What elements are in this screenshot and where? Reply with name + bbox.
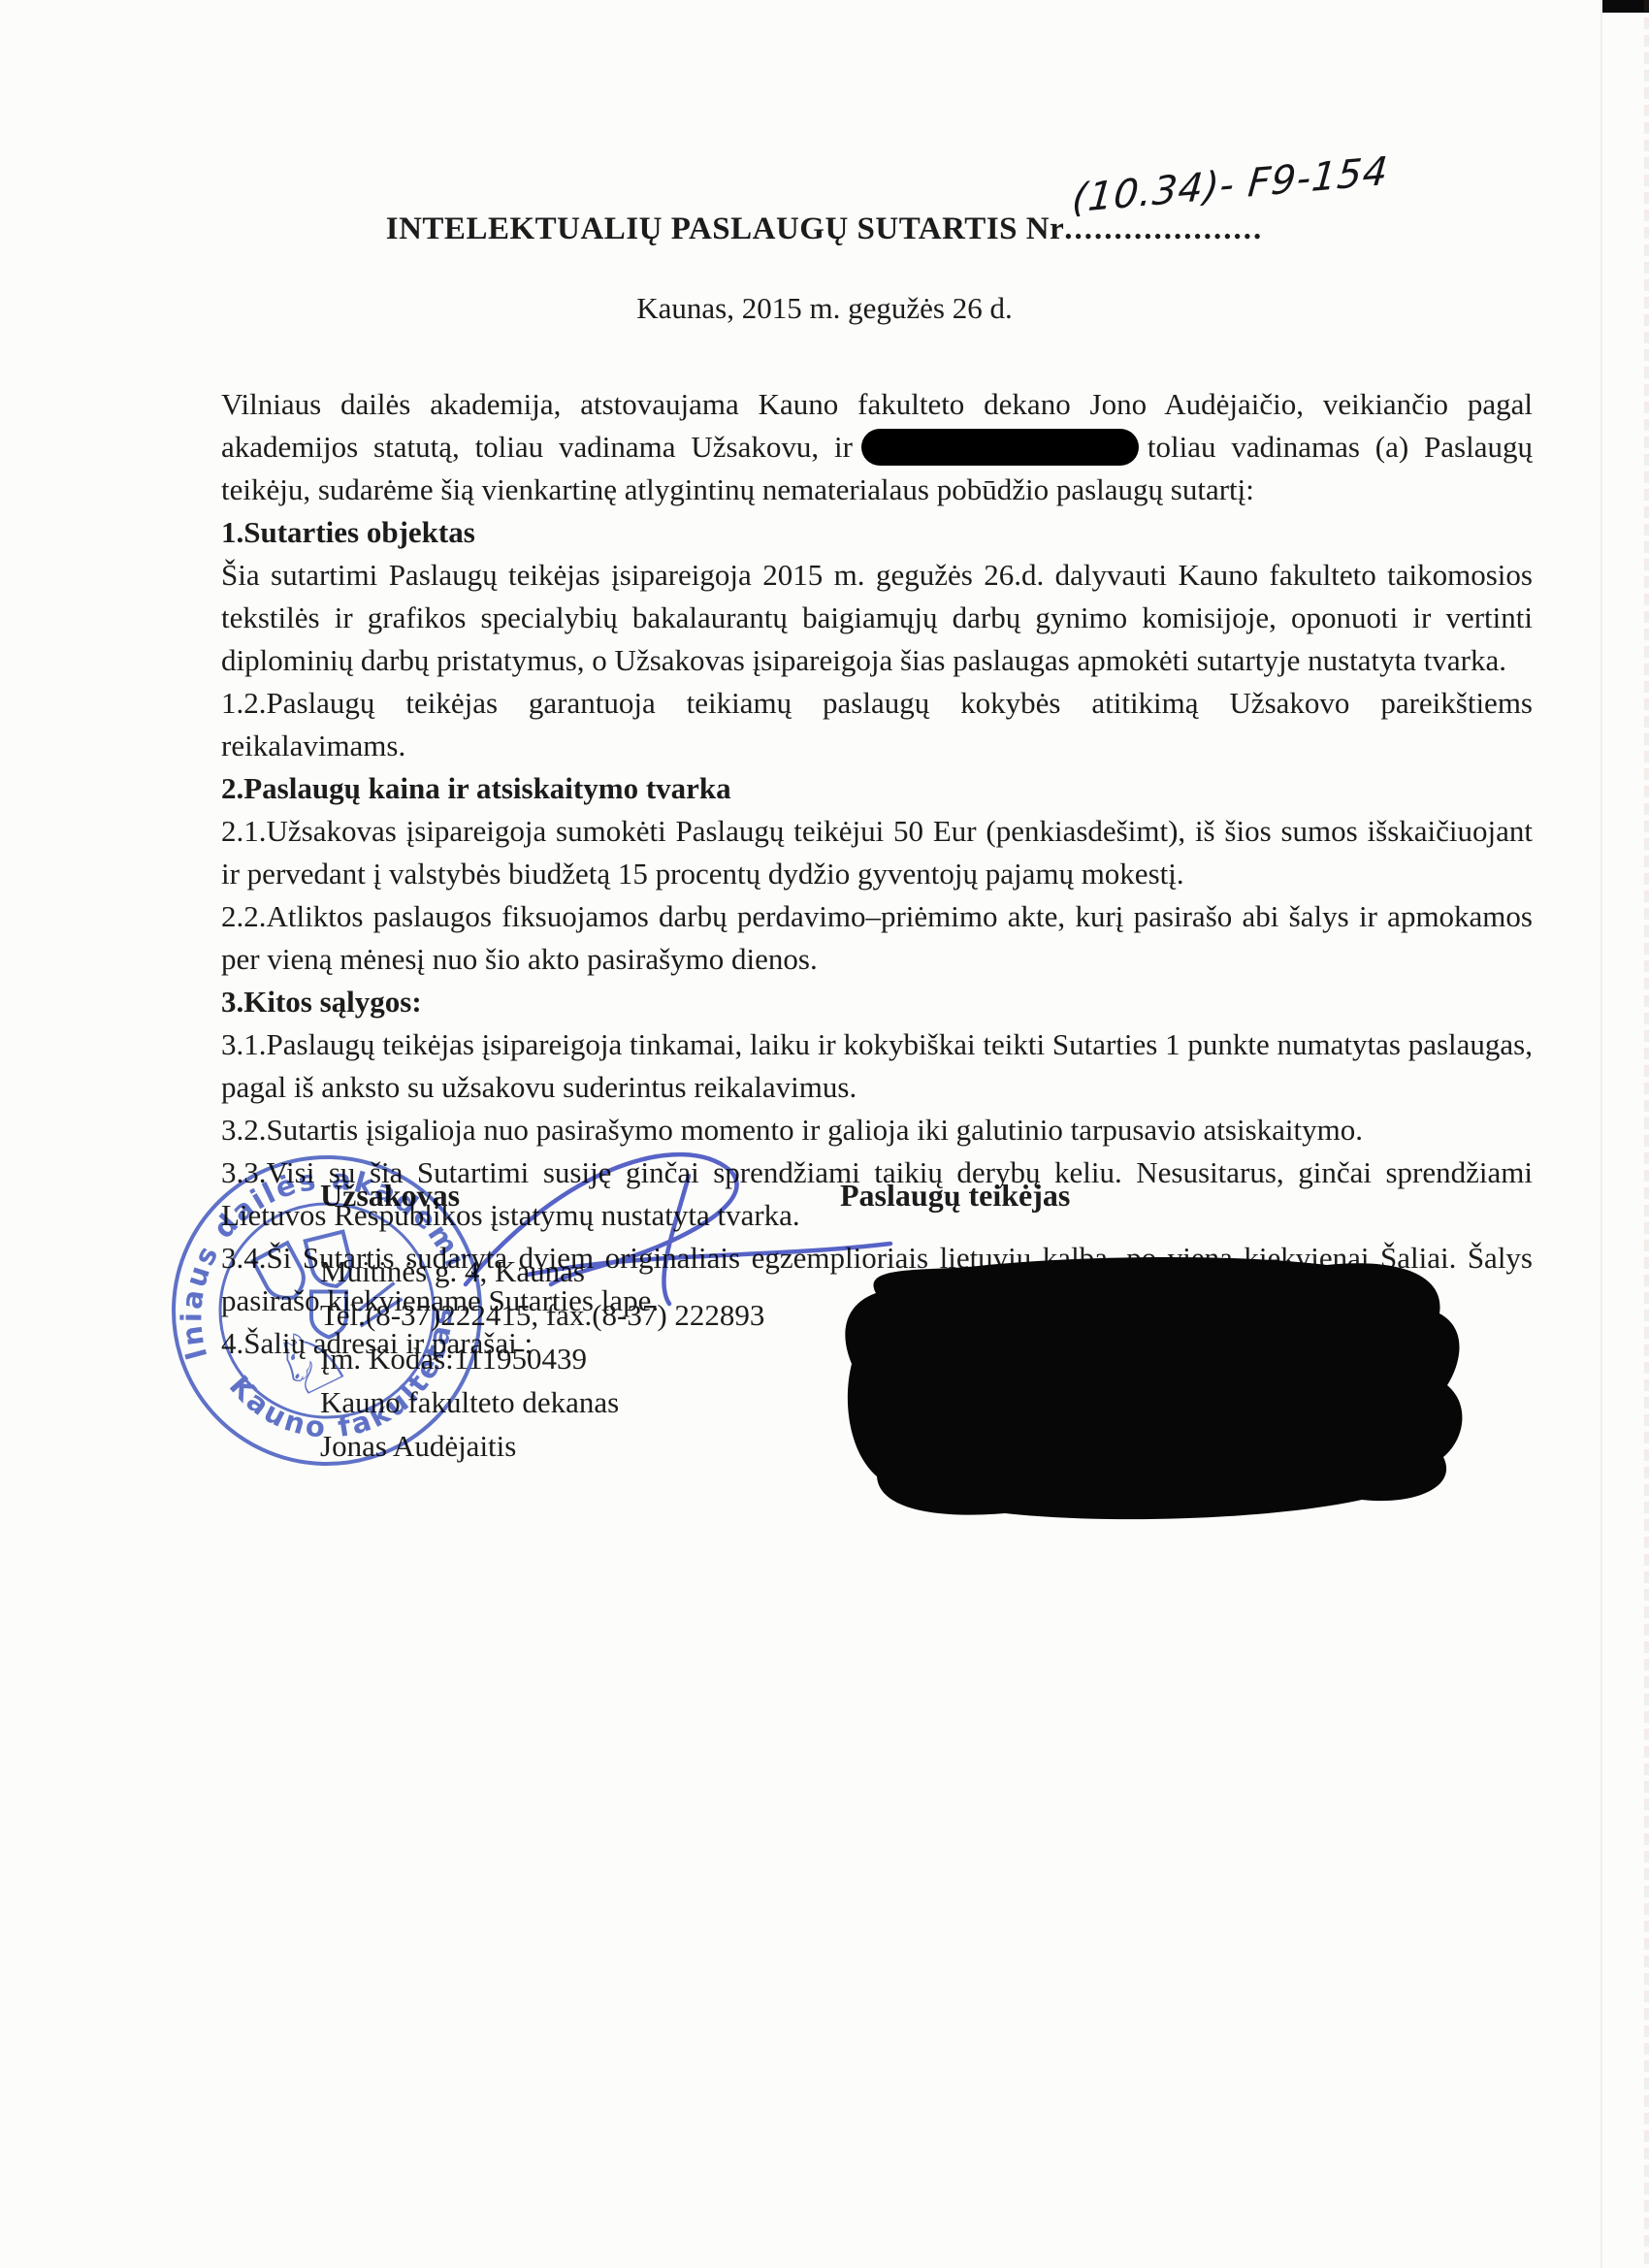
clause-1-1: Šia sutartimi Paslaugų teikėjas įsiparei… xyxy=(221,554,1533,682)
intro-paragraph: Vilniaus dailės akademija, atstovaujama … xyxy=(221,383,1533,511)
date-line: Kaunas, 2015 m. gegužės 26 d. xyxy=(0,291,1649,326)
document-title-line: INTELEKTUALIŲ PASLAUGŲ SUTARTIS Nr......… xyxy=(0,211,1649,247)
clause-2-2: 2.2.Atliktos paslaugos fiksuojamos darbų… xyxy=(221,895,1533,981)
scan-corner-mark xyxy=(1602,0,1649,13)
section-1-heading: 1.Sutarties objektas xyxy=(221,511,1533,554)
clause-1-2: 1.2.Paslaugų teikėjas garantuoja teikiam… xyxy=(221,682,1533,767)
clause-3-1: 3.1.Paslaugų teikėjas įsipareigoja tinka… xyxy=(221,1023,1533,1109)
document-title: INTELEKTUALIŲ PASLAUGŲ SUTARTIS Nr xyxy=(386,211,1065,246)
scanned-contract-page: INTELEKTUALIŲ PASLAUGŲ SUTARTIS Nr......… xyxy=(0,0,1649,2268)
scan-edge-line xyxy=(1600,0,1602,2268)
section-2-heading: 2.Paslaugų kaina ir atsiskaitymo tvarka xyxy=(221,767,1533,810)
clause-2-1: 2.1.Užsakovas įsipareigoja sumokėti Pasl… xyxy=(221,810,1533,895)
dotted-leader-wrap: ....................(10.34)- F9-154 xyxy=(1064,211,1263,247)
inline-redaction xyxy=(861,429,1139,466)
section-3-heading: 3.Kitos sąlygos: xyxy=(221,981,1533,1023)
scan-edge-noise xyxy=(1644,0,1649,2268)
signature-redaction-blob xyxy=(823,1249,1478,1531)
